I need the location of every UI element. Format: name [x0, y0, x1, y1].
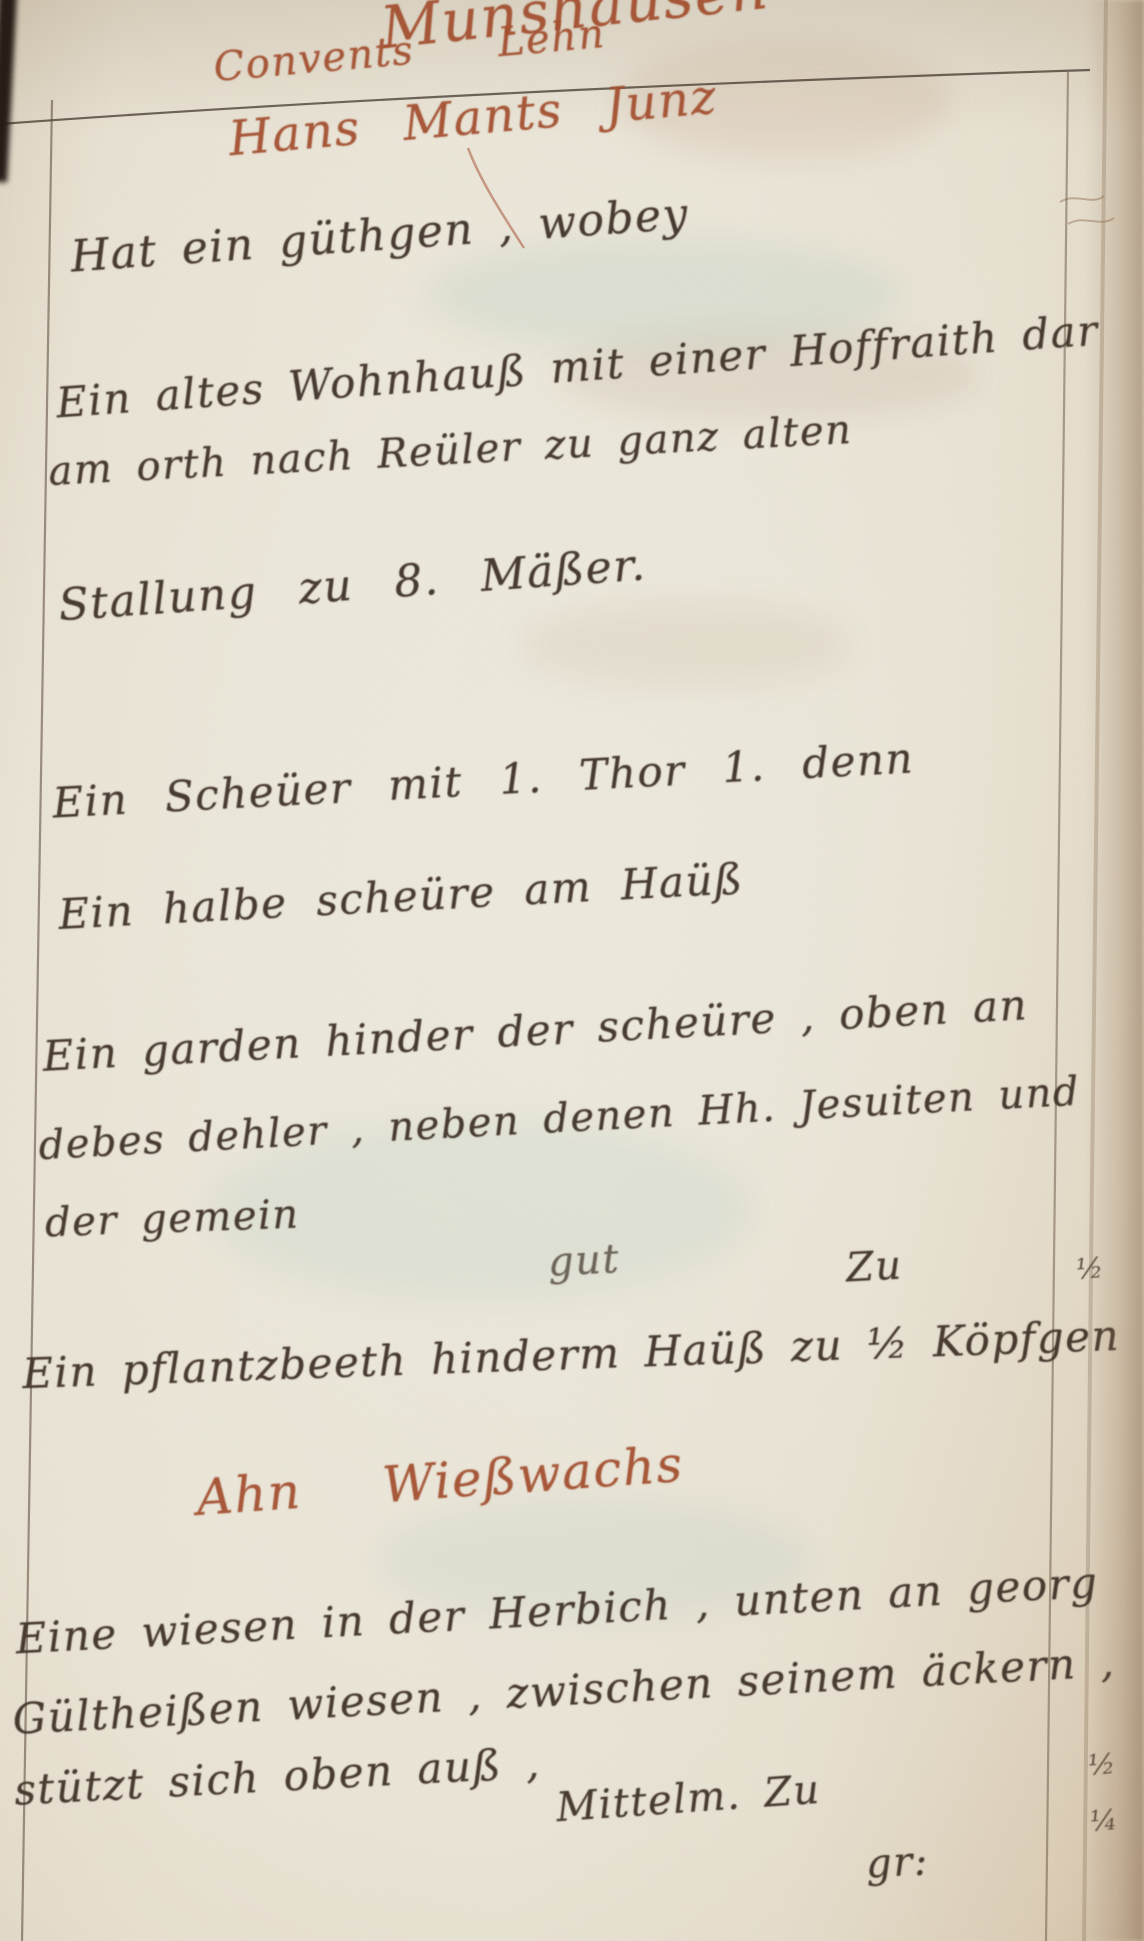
inline-word-mittelm-zu: Mittelm. Zu — [555, 1767, 822, 1831]
manuscript-line: Ein garden hinder der scheüre , oben an — [41, 980, 1029, 1081]
inline-word-zu: Zu — [845, 1243, 904, 1292]
manuscript-line: Hat ein güthgen , wobey — [69, 188, 691, 282]
catchword-gr: gr: — [865, 1838, 930, 1887]
manuscript-line: der gemein — [44, 1192, 300, 1247]
page-edge-shadow — [1086, 0, 1144, 1941]
manuscript-line: Ein altes Wohnhauß mit einer Hoffraith d… — [55, 306, 1101, 428]
manuscript-page-photo: Munshausen Convents Lehn Hans Mants Junz… — [0, 0, 1144, 1941]
left-margin-rule-line — [22, 100, 52, 1941]
photo-corner-shadow — [0, 0, 17, 182]
ink-showthrough-stain — [520, 600, 850, 690]
manuscript-line: am orth nach Reüler zu ganz alten — [47, 407, 853, 495]
manuscript-line: Ein Scheüer mit 1. Thor 1. denn — [51, 733, 915, 827]
manuscript-line: stützt sich oben auß , — [13, 1738, 542, 1815]
section-heading-wiesswachs: Ahn Wießwachs — [195, 1435, 686, 1527]
manuscript-line: Stallung zu 8. Mäßer. — [57, 540, 648, 632]
manuscript-line: Ein halbe scheüre am Haüß — [57, 854, 745, 939]
inline-word-gut: gut — [547, 1236, 621, 1286]
manuscript-line: Ein pflantzbeeth hinderm Haüß zu ½ Köpfg… — [21, 1311, 1120, 1398]
manuscript-line: debes dehler , neben denen Hh. Jesuiten … — [38, 1069, 1082, 1170]
